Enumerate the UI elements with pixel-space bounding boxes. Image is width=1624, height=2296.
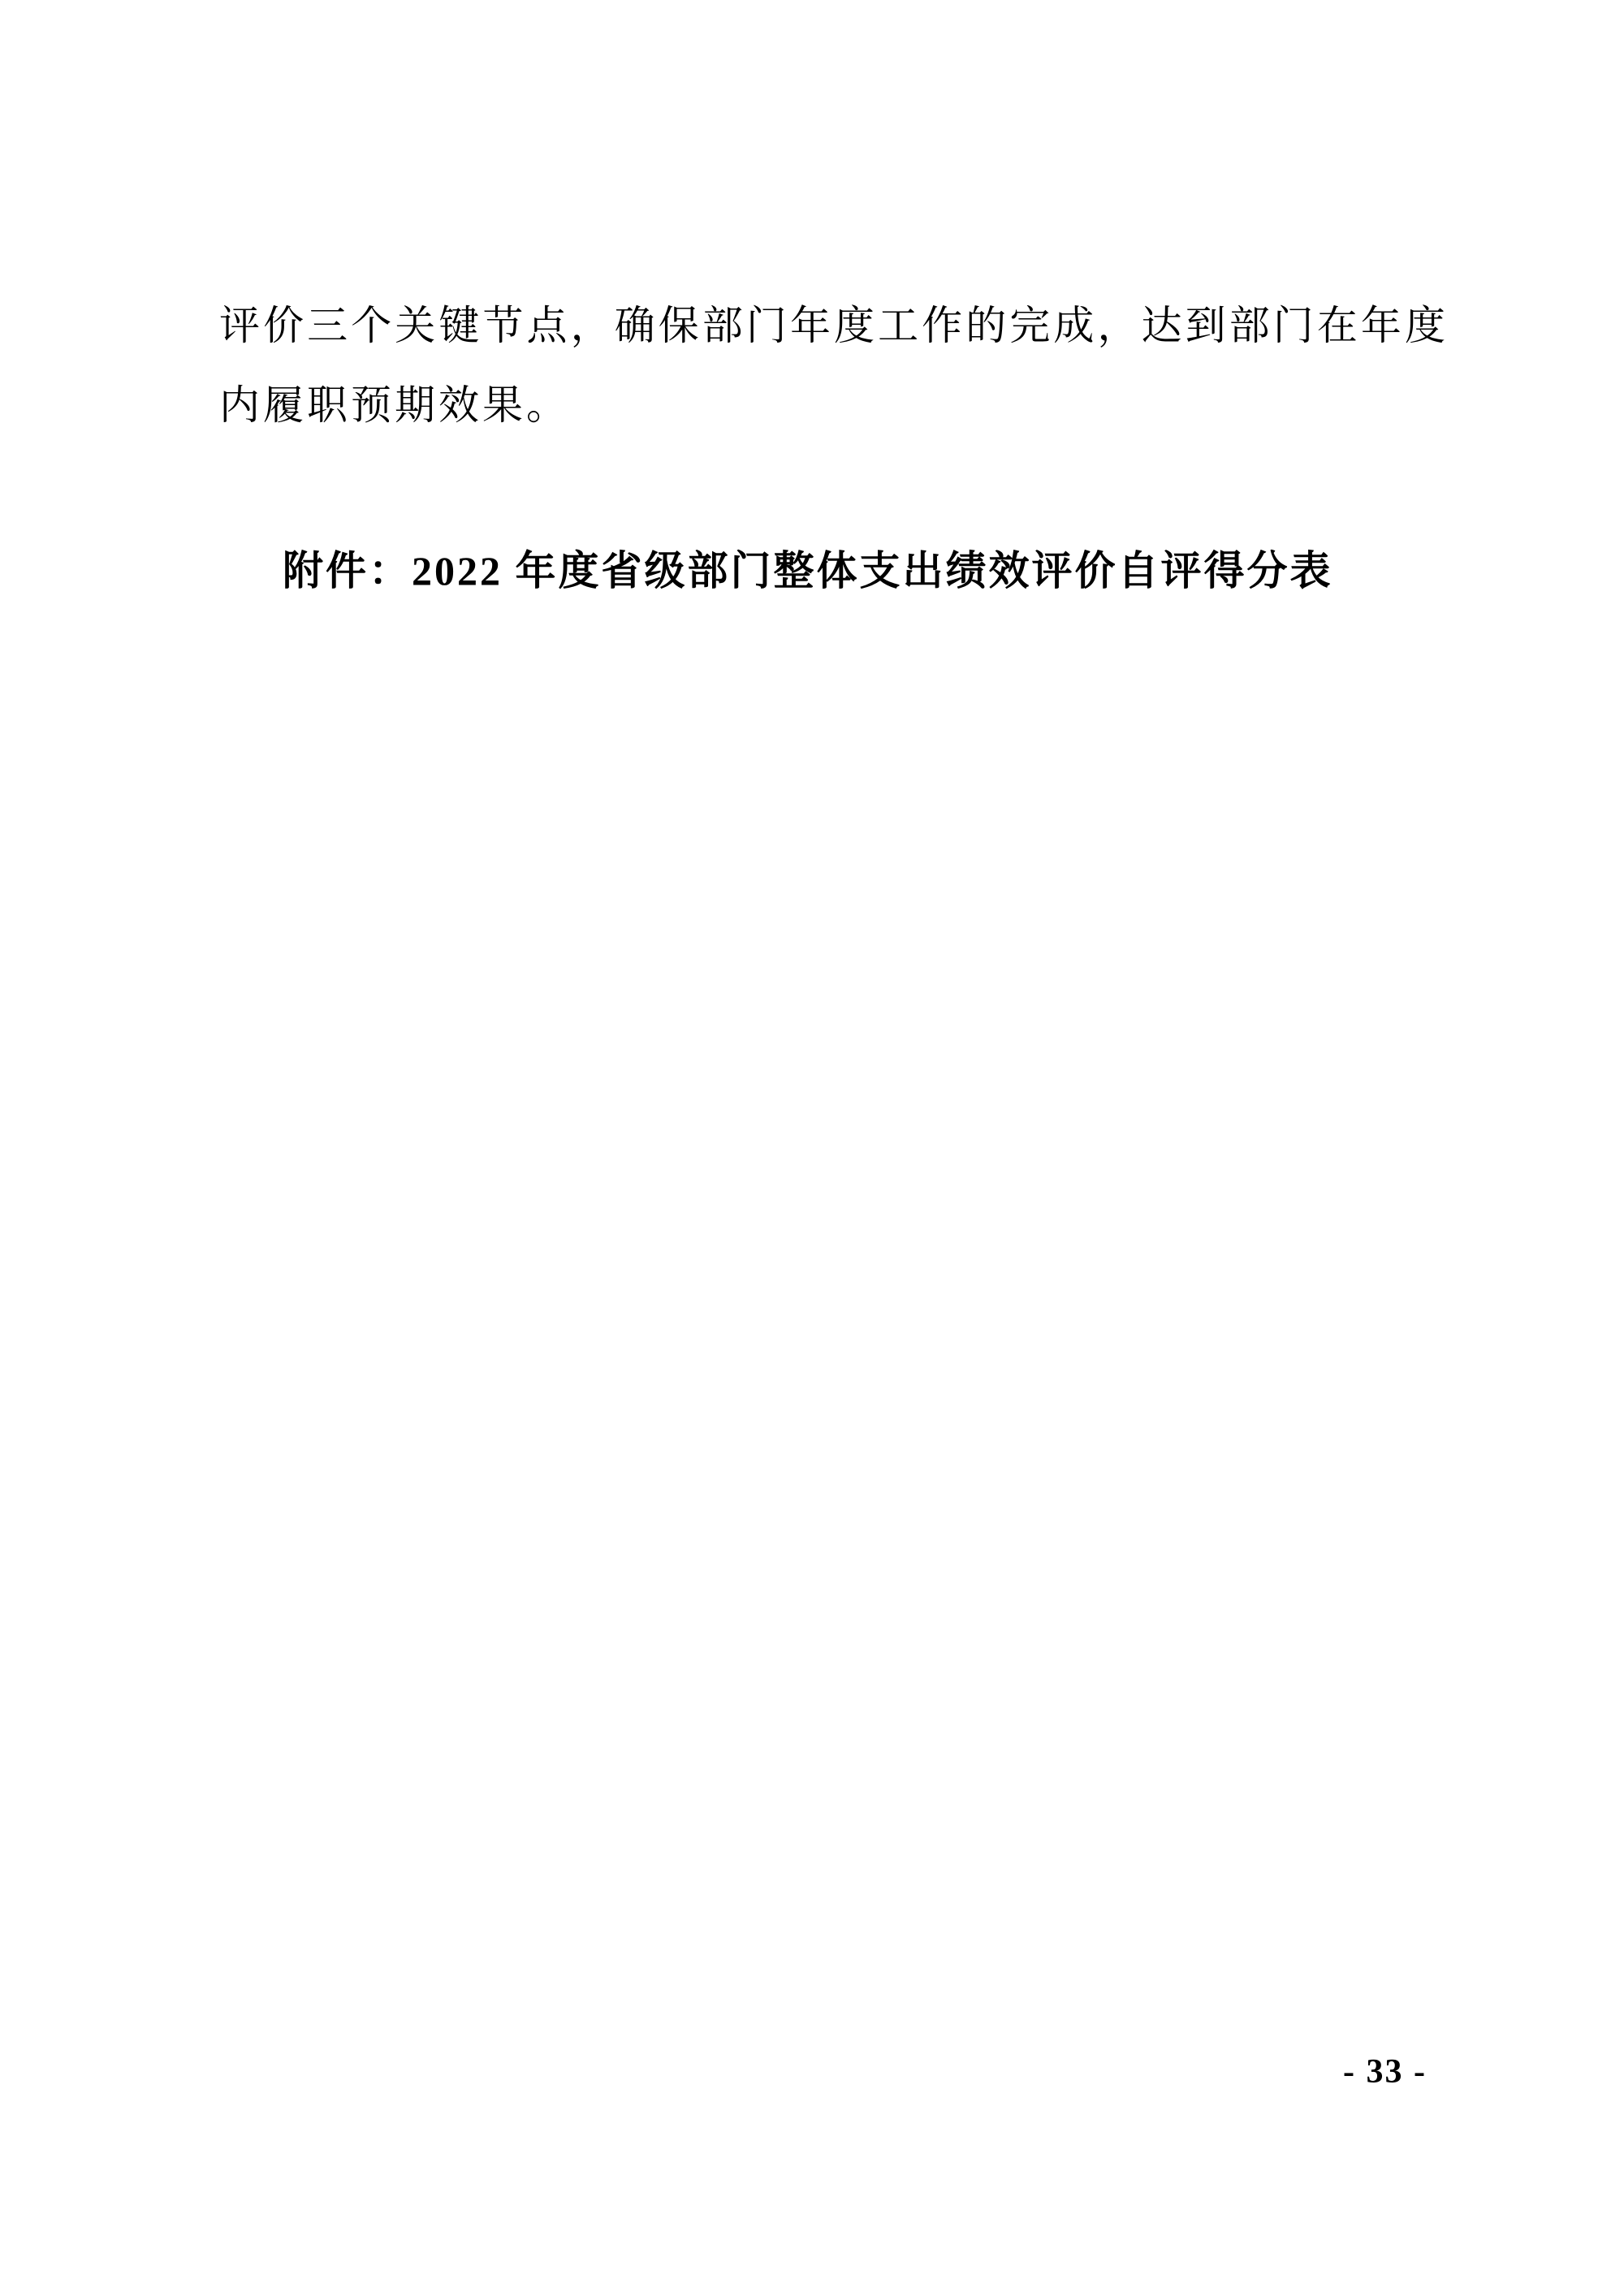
document-page: 评价三个关键节点，确保部门年度工作的完成，达到部门在年度内履职预期效果。 附件：… bbox=[0, 0, 1624, 2296]
attachment-title: 2022 年度省级部门整体支出绩效评价自评得分表 bbox=[412, 548, 1333, 593]
attachment-label: 附件： bbox=[283, 548, 412, 593]
body-paragraph: 评价三个关键节点，确保部门年度工作的完成，达到部门在年度内履职预期效果。 bbox=[219, 286, 1449, 445]
attachment-line: 附件：2022 年度省级部门整体支出绩效评价自评得分表 bbox=[283, 531, 1333, 611]
page-number: - 33 - bbox=[1343, 2052, 1427, 2091]
